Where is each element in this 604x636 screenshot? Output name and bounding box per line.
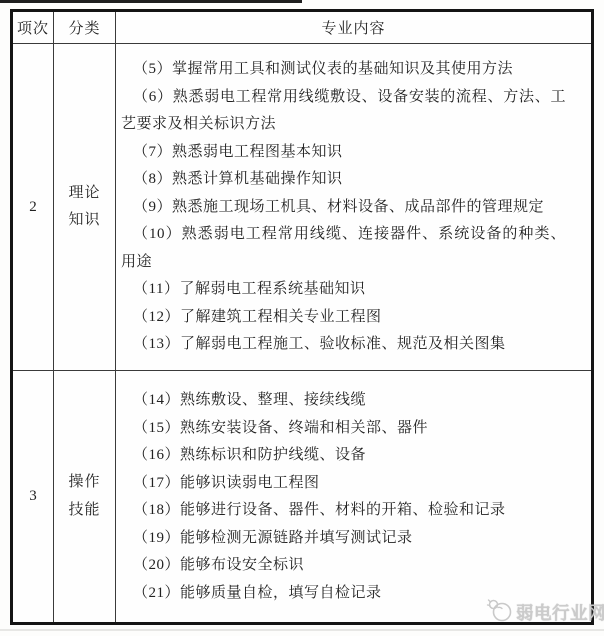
header-label-item-no: 项次 xyxy=(17,17,49,38)
row-theory-content-cell: （5）掌握常用工具和测试仪表的基础知识及其使用方法 （6）熟悉弱电工程常用线缆敷… xyxy=(116,44,591,371)
header-label-category: 分类 xyxy=(68,17,100,38)
header-cell-content: 专业内容 xyxy=(116,12,591,44)
requirement-item: （15）熟练安装设备、终端和相关部、器件 xyxy=(121,415,566,443)
site-watermark: 弱电行业网 xyxy=(486,596,604,628)
row-theory-category-cell: 理论 知识 xyxy=(54,44,116,371)
requirement-item: （5）掌握常用工具和测试仪表的基础知识及其使用方法 xyxy=(121,56,566,84)
requirement-item: （18）能够进行设备、器件、材料的开箱、检验和记录 xyxy=(121,497,566,525)
megaphone-logo-icon xyxy=(486,596,513,628)
requirement-item: （9）熟悉施工现场工机具、材料设备、成品部件的管理规定 xyxy=(121,194,566,222)
row-index: 2 xyxy=(29,199,37,216)
row-index: 3 xyxy=(29,488,37,505)
header-label-content: 专业内容 xyxy=(321,17,385,38)
row-operation-category-cell: 操作 技能 xyxy=(54,371,116,622)
requirement-item: （17）能够识读弱电工程图 xyxy=(121,470,566,498)
requirement-item: （19）能够检测无源链路并填写测试记录 xyxy=(121,525,566,553)
header-cell-category: 分类 xyxy=(54,12,116,44)
skill-requirements-table: 项次 分类 专业内容 2 理论 知识 （5）掌握常用工具和测试仪表的基础知识及其… xyxy=(10,9,594,625)
cropped-content-line xyxy=(0,0,302,3)
requirement-item: （20）能够布设安全标识 xyxy=(121,552,566,580)
category-line: 知识 xyxy=(68,207,100,235)
requirement-item: （8）熟悉计算机基础操作知识 xyxy=(121,166,566,194)
row-theory-index-cell: 2 xyxy=(13,44,54,371)
header-cell-item-no: 项次 xyxy=(13,12,54,44)
requirement-item: （14）熟练敷设、整理、接续线缆 xyxy=(121,387,566,415)
watermark-text: 弱电行业网 xyxy=(516,600,604,625)
requirement-item: （10）熟悉弱电工程常用线缆、连接器件、系统设备的种类、用途 xyxy=(121,221,566,276)
row-operation-index-cell: 3 xyxy=(13,371,54,622)
requirement-item: （7）熟悉弱电工程图基本知识 xyxy=(121,139,566,167)
requirement-item: （13）了解弱电工程施工、验收标准、规范及相关图集 xyxy=(121,331,566,359)
requirement-item: （11）了解弱电工程系统基础知识 xyxy=(121,276,566,304)
category-line: 理论 xyxy=(68,180,100,208)
category-line: 技能 xyxy=(68,497,100,525)
scan-edge-line xyxy=(0,629,604,631)
requirement-item: （16）熟练标识和防护线缆、设备 xyxy=(121,442,566,470)
requirement-item: （6）熟悉弱电工程常用线缆敷设、设备安装的流程、方法、工艺要求及相关标识方法 xyxy=(121,84,566,139)
category-line: 操作 xyxy=(68,469,100,497)
row-operation-content-cell: （14）熟练敷设、整理、接续线缆 （15）熟练安装设备、终端和相关部、器件 （1… xyxy=(116,371,591,622)
requirement-item: （12）了解建筑工程相关专业工程图 xyxy=(121,304,566,332)
